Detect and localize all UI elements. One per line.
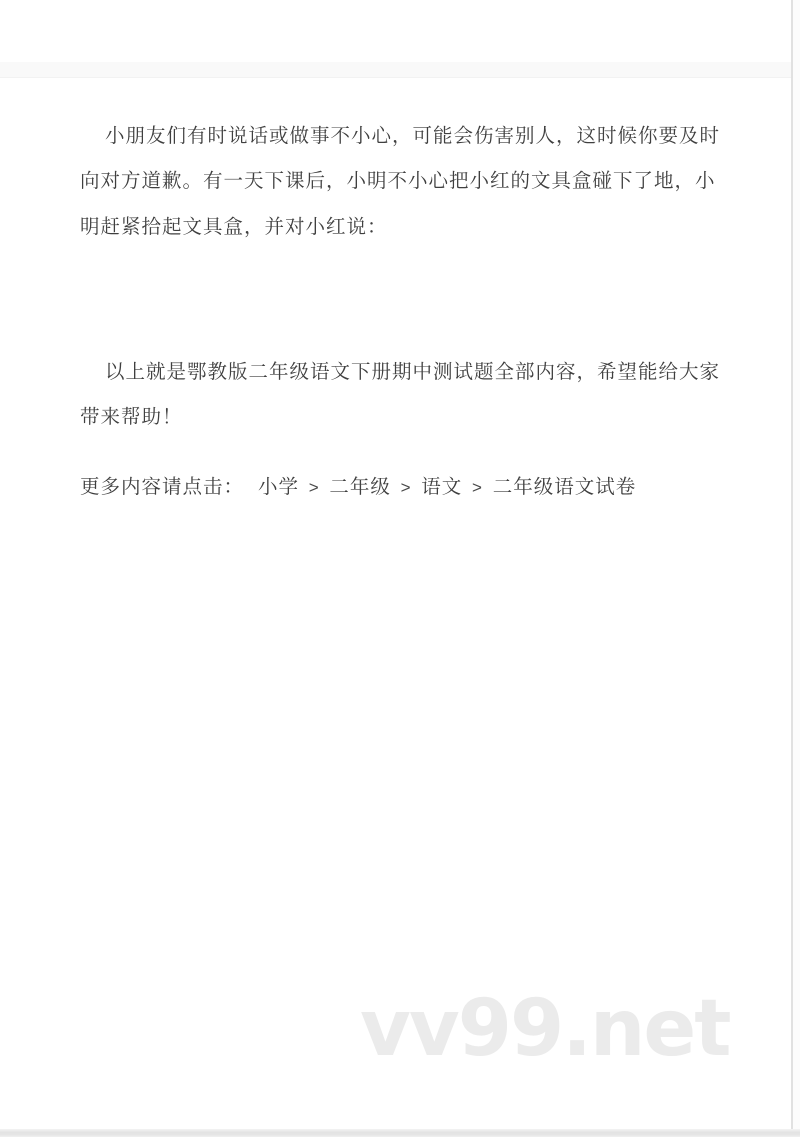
link-separator: > xyxy=(462,478,492,497)
category-link-1[interactable]: 小学 xyxy=(258,477,299,498)
category-links-list: 小学 > 二年级 > 语文 > 二年级语文试卷 xyxy=(258,477,636,498)
category-link-4[interactable]: 二年级语文试卷 xyxy=(493,477,637,498)
category-link-2[interactable]: 二年级 xyxy=(329,477,391,498)
more-links-prefix: 更多内容请点击： xyxy=(80,477,244,498)
watermark-text: vv99.net xyxy=(360,1000,730,1058)
paragraph-apology: 小朋友们有时说话或做事不小心，可能会伤害别人，这时候你要及时向对方道歉。有一天下… xyxy=(80,114,734,251)
document-page: 小朋友们有时说话或做事不小心，可能会伤害别人，这时候你要及时向对方道歉。有一天下… xyxy=(0,0,791,1137)
category-link-3[interactable]: 语文 xyxy=(421,477,462,498)
document-viewport: 小朋友们有时说话或做事不小心，可能会伤害别人，这时候你要及时向对方道歉。有一天下… xyxy=(0,0,800,1137)
more-links-row: 更多内容请点击：小学 > 二年级 > 语文 > 二年级语文试卷 xyxy=(80,465,734,511)
page-bottom-edge xyxy=(0,1129,800,1137)
page-right-edge xyxy=(791,0,800,1137)
page-break-band xyxy=(0,62,791,78)
link-separator: > xyxy=(299,478,329,497)
link-separator: > xyxy=(391,478,421,497)
paragraph-closing: 以上就是鄂教版二年级语文下册期中测试题全部内容，希望能给大家带来帮助！ xyxy=(80,350,734,441)
